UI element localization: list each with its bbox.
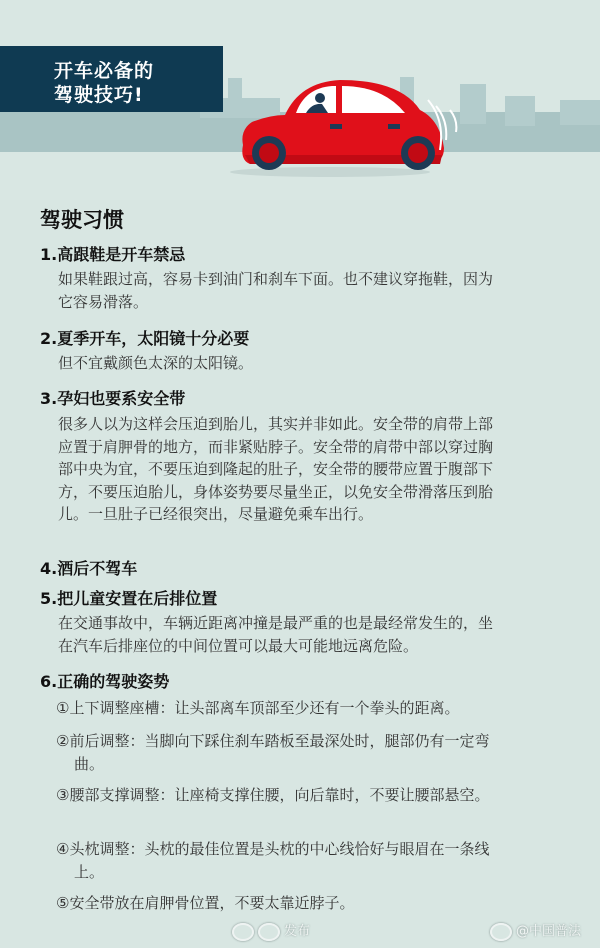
watermark-right: @中国普法 — [490, 920, 581, 941]
item-heading-2: 2.夏季开车，太阳镜十分必要 — [40, 326, 249, 349]
item-heading-1: 1.高跟鞋是开车禁忌 — [40, 242, 185, 265]
item-heading-6: 6.正确的驾驶姿势 — [40, 669, 169, 692]
item-body-2: 但不宜戴颜色太深的太阳镜。 — [58, 352, 498, 375]
posture-step-2: ②前后调整：当脚向下踩住刹车踏板至最深处时，腿部仍有一定弯曲。 — [56, 730, 518, 775]
item-heading-3: 3.孕妇也要系安全带 — [40, 386, 185, 409]
title-line-2: 驾驶技巧! — [54, 80, 144, 107]
title-line-1: 开车必备的 — [54, 56, 154, 83]
posture-step-3: ③腰部支撑调整：让座椅支撑住腰，向后靠时，不要让腰部悬空。 — [56, 784, 518, 807]
weibo-icon — [258, 923, 280, 941]
watermark-left: 发布 — [232, 920, 310, 941]
section-title: 驾驶习惯 — [40, 204, 124, 234]
weibo-icon — [232, 923, 254, 941]
posture-step-4: ④头枕调整：头枕的最佳位置是头枕的中心线恰好与眼眉在一条线上。 — [56, 838, 518, 883]
title-banner: 开车必备的 驾驶技巧! — [0, 46, 223, 112]
posture-step-1: ①上下调整座槽：让头部离车顶部至少还有一个拳头的距离。 — [56, 697, 518, 720]
item-heading-5: 5.把儿童安置在后排位置 — [40, 586, 217, 609]
weibo-icon — [490, 923, 512, 941]
posture-step-5: ⑤安全带放在肩胛骨位置，不要太靠近脖子。 — [56, 892, 518, 915]
item-body-5: 在交通事故中，车辆近距离冲撞是最严重的也是最经常发生的，坐在汽车后排座位的中间位… — [58, 612, 498, 657]
item-body-1: 如果鞋跟过高，容易卡到油门和刹车下面。也不建议穿拖鞋，因为它容易滑落。 — [58, 268, 498, 313]
hero-banner: 开车必备的 驾驶技巧! — [0, 0, 600, 200]
item-heading-4: 4.酒后不驾车 — [40, 556, 137, 579]
item-body-3: 很多人以为这样会压迫到胎儿，其实并非如此。安全带的肩带上部应置于肩胛骨的地方，而… — [58, 413, 498, 526]
